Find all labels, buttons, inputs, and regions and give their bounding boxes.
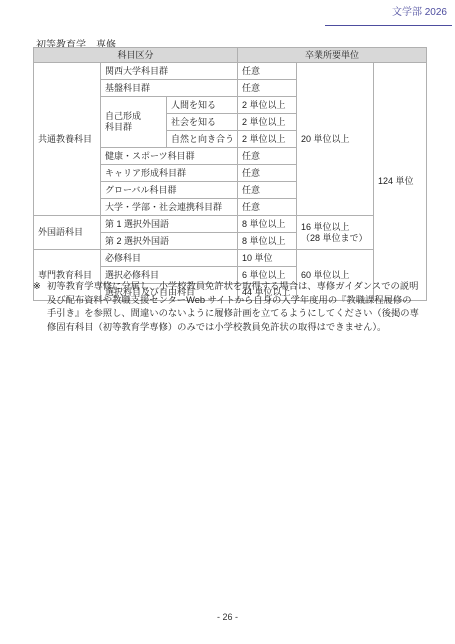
units-cell: 2 単位以上 — [238, 114, 297, 131]
document-page: 文学部 2026 初等教育学 専修 科目区分 卒業所要単位 共通教養科目 関西大… — [0, 0, 455, 644]
units-cell: 8 単位以上 — [238, 233, 297, 250]
total-units-cell: 124 単位 — [374, 63, 427, 301]
group-units-foreign-language: 16 単位以上 （28 単位まで） — [297, 216, 374, 250]
units-cell: 10 単位 — [238, 250, 297, 267]
footnote-text: 初等教育学専修に分属し、小学校教員免許状を取得する場合は、専修ガイダンスでの説明… — [47, 280, 429, 334]
column-header-graduation-units: 卒業所要単位 — [238, 48, 427, 63]
table-row: 外国語科目 第 1 選択外国語 8 単位以上 16 単位以上 （28 単位まで） — [34, 216, 427, 233]
subject-subgroup-self-formation: 自己形成 科目群 — [101, 97, 167, 148]
subject-group-cell: キャリア形成科目群 — [101, 165, 238, 182]
units-cell: 2 単位以上 — [238, 97, 297, 114]
footnote-line: 初等教育学専修に分属し、小学校教員免許状を取得する場合は、専修ガイダンスでの説明 — [47, 280, 429, 294]
units-cell: 任意 — [238, 199, 297, 216]
subject-group-cell: 第 1 選択外国語 — [101, 216, 238, 233]
footnote: ※ 初等教育学専修に分属し、小学校教員免許状を取得する場合は、専修ガイダンスでの… — [33, 280, 429, 334]
subject-item-cell: 社会を知る — [167, 114, 238, 131]
faculty-edition-label: 文学部 2026 — [392, 7, 447, 19]
subject-item-cell: 自然と向き合う — [167, 131, 238, 148]
subject-item-cell: 人間を知る — [167, 97, 238, 114]
units-cell: 8 単位以上 — [238, 216, 297, 233]
units-cell: 任意 — [238, 165, 297, 182]
table-header-row: 科目区分 卒業所要単位 — [34, 48, 427, 63]
subject-group-cell: グローバル科目群 — [101, 182, 238, 199]
group-units-common-education: 20 単位以上 — [297, 63, 374, 216]
footnote-marker: ※ — [33, 280, 47, 334]
footnote-line: 及び配布資料や教職支援センターWeb サイトから自身の入学年度用の『教職課程履修… — [47, 294, 429, 308]
units-cell: 任意 — [238, 63, 297, 80]
table-row: 共通教養科目 関西大学科目群 任意 20 単位以上 124 単位 — [34, 63, 427, 80]
footnote-line: 手引き』を参照し、間違いのないように履修計画を立てるようにしてください（後掲の専 — [47, 307, 429, 321]
page-number: - 26 - — [0, 612, 455, 622]
header-rule — [325, 25, 452, 26]
subject-group-cell: 基盤科目群 — [101, 80, 238, 97]
requirements-table: 科目区分 卒業所要単位 共通教養科目 関西大学科目群 任意 20 単位以上 12… — [33, 47, 427, 301]
units-cell: 任意 — [238, 148, 297, 165]
units-cell: 任意 — [238, 182, 297, 199]
subject-group-cell: 健康・スポーツ科目群 — [101, 148, 238, 165]
footnote-line: 修固有科目（初等教育学専修）のみでは小学校教員免許状の取得はできません）。 — [47, 321, 429, 335]
units-cell: 2 単位以上 — [238, 131, 297, 148]
category-common-education: 共通教養科目 — [34, 63, 101, 216]
units-cell: 任意 — [238, 80, 297, 97]
subject-group-cell: 大学・学部・社会連携科目群 — [101, 199, 238, 216]
subject-group-cell: 必修科目 — [101, 250, 238, 267]
category-foreign-language: 外国語科目 — [34, 216, 101, 250]
column-header-subject-category: 科目区分 — [34, 48, 238, 63]
subject-group-cell: 第 2 選択外国語 — [101, 233, 238, 250]
subject-group-cell: 関西大学科目群 — [101, 63, 238, 80]
table-row: 専門教育科目 必修科目 10 単位 60 単位以上 — [34, 250, 427, 267]
